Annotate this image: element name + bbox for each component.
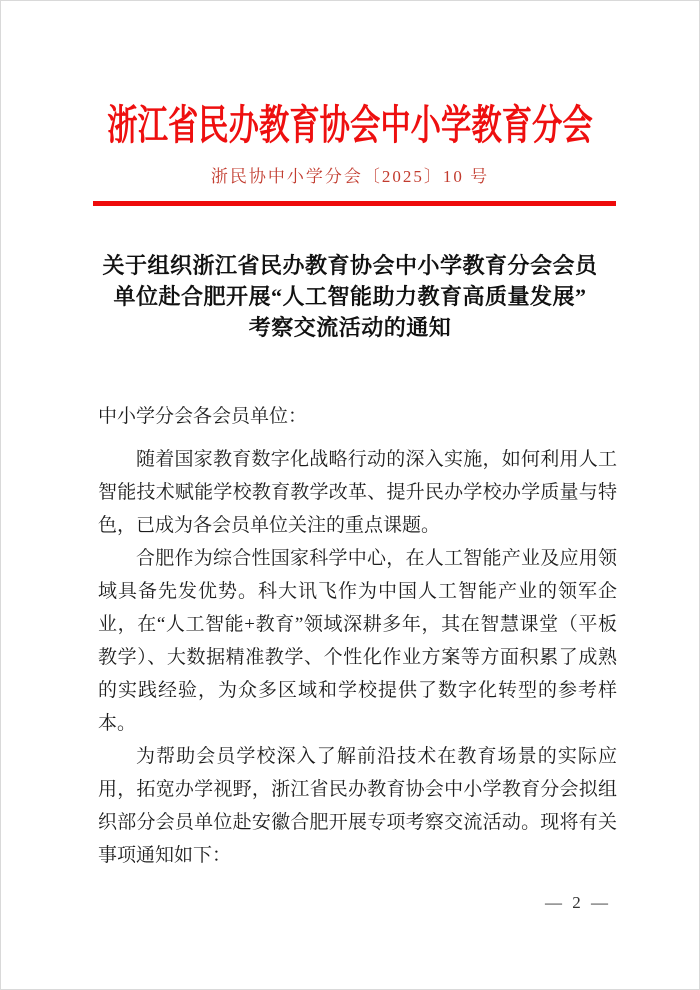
document-title-line-1: 关于组织浙江省民办教育协会中小学教育分会会员 bbox=[1, 250, 699, 281]
document-title: 关于组织浙江省民办教育协会中小学教育分会会员 单位赴合肥开展“人工智能助力教育高… bbox=[1, 250, 699, 343]
document-header-org-name: 浙江省民办教育协会中小学教育分会 bbox=[92, 101, 609, 149]
document-page: 浙江省民办教育协会中小学教育分会 浙民协中小学分会〔2025〕10 号 关于组织… bbox=[0, 0, 700, 990]
document-body: 中小学分会各会员单位： 随着国家教育数字化战略行动的深入实施，如何利用人工智能技… bbox=[98, 400, 617, 872]
body-paragraph-1: 随着国家教育数字化战略行动的深入实施，如何利用人工智能技术赋能学校教育教学改革、… bbox=[98, 443, 617, 542]
salutation: 中小学分会各会员单位： bbox=[98, 400, 617, 433]
document-title-line-3: 考察交流活动的通知 bbox=[1, 312, 699, 343]
red-divider-rule bbox=[93, 201, 616, 206]
body-paragraph-3: 为帮助会员学校深入了解前沿技术在教育场景的实际应用，拓宽办学视野，浙江省民办教育… bbox=[98, 740, 617, 872]
document-number: 浙民协中小学分会〔2025〕10 号 bbox=[1, 167, 699, 187]
body-paragraph-2: 合肥作为综合性国家科学中心，在人工智能产业及应用领域具备先发优势。科大讯飞作为中… bbox=[98, 542, 617, 740]
page-number: — 2 — bbox=[545, 893, 611, 913]
document-title-line-2: 单位赴合肥开展“人工智能助力教育高质量发展” bbox=[1, 281, 699, 312]
